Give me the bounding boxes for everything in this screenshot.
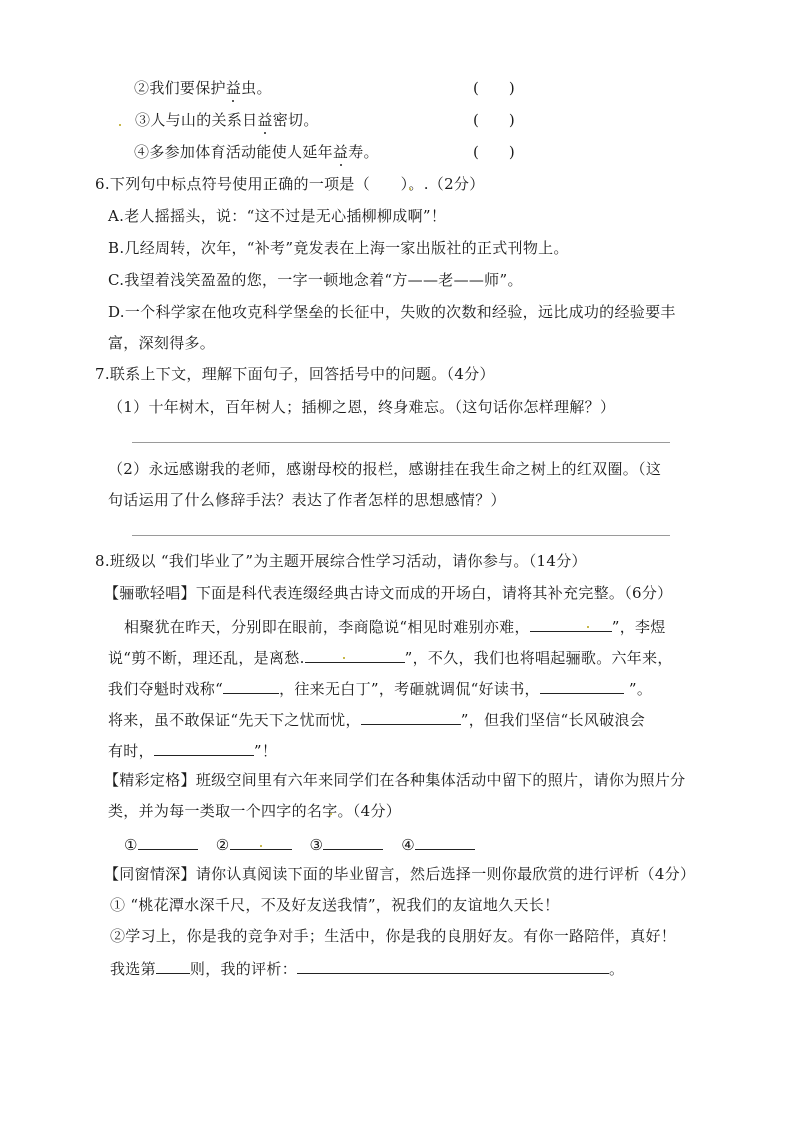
q7-sub1: （1）十年树木，百年树人；插柳之恩，终身难忘。（这句话你怎样理解？） bbox=[108, 397, 615, 417]
item-text: 我们要保护 bbox=[149, 79, 226, 97]
item-number: ③ bbox=[135, 111, 150, 129]
fill-blank[interactable] bbox=[323, 833, 383, 850]
emphasized-char: 益 bbox=[333, 142, 348, 162]
q8-para-line5: 有时，”！ bbox=[108, 739, 277, 761]
fill-blank[interactable] bbox=[223, 677, 279, 694]
comment-blank[interactable] bbox=[297, 957, 609, 974]
blank-number: ③ bbox=[310, 836, 324, 854]
emphasized-char: 益 bbox=[226, 78, 241, 98]
q7-sub2: （2）永远感谢我的老师，感谢母校的报栏，感谢挂在我生命之树上的红双圈。（这 bbox=[108, 459, 661, 479]
q7-stem: 7.联系上下文，理解下面句子，回答括号中的问题。（4分） bbox=[95, 364, 495, 384]
answer-paren[interactable]: ( ) bbox=[473, 110, 515, 130]
q6-option-c: C.我望着浅笑盈盈的您，一字一顿地念着“方——老——师”。 bbox=[108, 270, 523, 290]
item-number: ② bbox=[134, 79, 149, 97]
q5-item-4: ④多参加体育活动能使人延年益寿。 bbox=[134, 142, 379, 162]
stray-mark bbox=[119, 124, 121, 126]
text: 相聚犹在昨天，分别即在眼前，李商隐说“相见时难别亦难， bbox=[124, 618, 530, 636]
q8-para-line3: 我们夺魁时戏称“，往来无白丁”，考砸就调侃“好读书， ”。 bbox=[108, 677, 652, 699]
fill-blank[interactable] bbox=[154, 739, 254, 756]
q5-item-2: ②我们要保护益虫。 bbox=[134, 78, 272, 98]
item-text: 虫。 bbox=[241, 79, 272, 97]
q5-item-3: ③人与山的关系日益密切。 bbox=[135, 110, 319, 130]
stray-mark bbox=[409, 188, 411, 190]
emphasized-char: 益 bbox=[257, 110, 272, 130]
text: ”，李煜 bbox=[612, 618, 666, 636]
answer-paren[interactable]: ( ) bbox=[473, 142, 515, 162]
item-text: 多参加体育活动能使人延年 bbox=[149, 143, 333, 161]
q8-part2-blanks: ①②③④ bbox=[124, 833, 475, 855]
q6-stem: 6.下列句中标点符号使用正确的一项是（ ）。.（2分） bbox=[95, 174, 485, 194]
q8-message-1: ① “桃花潭水深千尺，不及好友送我情”，祝我们的友谊地久天长！ bbox=[110, 895, 559, 915]
text: ”，不久，我们也将唱起骊歌。六年来， bbox=[405, 649, 673, 667]
stray-mark bbox=[587, 626, 589, 628]
fill-blank[interactable] bbox=[138, 833, 198, 850]
section-desc: 班级空间里有六年来同学们在各种集体活动中留下的照片，请你为照片分 bbox=[196, 771, 686, 789]
blank-number: ④ bbox=[401, 836, 415, 854]
text: 有时， bbox=[108, 742, 154, 760]
item-text: 密切。 bbox=[273, 111, 319, 129]
text: 将来，虽不敢保证“先天下之忧而忧， bbox=[108, 711, 361, 729]
fill-blank[interactable] bbox=[540, 677, 624, 694]
item-text: 寿。 bbox=[348, 143, 379, 161]
q8-part1: 【骊歌轻唱】下面是科代表连缀经典古诗文而成的开场白，请将其补充完整。（6分） bbox=[104, 583, 672, 603]
fill-blank[interactable] bbox=[530, 615, 612, 632]
q8-para-line2: 说“剪不断，理还乱，是离愁.”，不久，我们也将唱起骊歌。六年来， bbox=[108, 646, 673, 668]
q8-para-line4: 将来，虽不敢保证“先天下之忧而忧，”，但我们坚信“长风破浪会 bbox=[108, 708, 645, 730]
item-number: ④ bbox=[134, 143, 149, 161]
text: 说“剪不断，理还乱，是离愁. bbox=[108, 649, 305, 667]
q8-stem: 8.班级以 “我们毕业了”为主题开展综合性学习活动，请你参与。（14分） bbox=[95, 551, 587, 571]
q6-option-b: B.几经周转，次年，“补考”竟发表在上海一家出版社的正式刊物上。 bbox=[108, 238, 569, 258]
section-title: 【精彩定格】 bbox=[104, 771, 196, 789]
text: ”。 bbox=[624, 680, 652, 698]
answer-paren[interactable]: ( ) bbox=[473, 78, 515, 98]
text: 则，我的评析： bbox=[190, 960, 297, 978]
q8-part3: 【同窗情深】请你认真阅读下面的毕业留言，然后选择一则你最欣赏的进行评析（4分） bbox=[104, 864, 695, 884]
choice-blank[interactable] bbox=[156, 957, 190, 974]
stray-mark bbox=[260, 845, 262, 847]
item-text: 人与山的关系日 bbox=[150, 111, 257, 129]
stray-mark bbox=[330, 813, 332, 815]
fill-blank[interactable] bbox=[230, 833, 292, 850]
section-title: 【同窗情深】 bbox=[104, 865, 196, 883]
text: 。 bbox=[609, 960, 624, 978]
section-title: 【骊歌轻唱】 bbox=[104, 584, 196, 602]
text: 我们夺魁时戏称“ bbox=[108, 680, 223, 698]
text: ”！ bbox=[254, 742, 277, 760]
fill-blank[interactable] bbox=[305, 646, 405, 663]
answer-line[interactable] bbox=[132, 442, 670, 443]
text: ，往来无白丁”，考砸就调侃“好读书， bbox=[279, 680, 540, 698]
blank-number: ② bbox=[216, 836, 230, 854]
q6-option-d-cont: 富，深刻得多。 bbox=[108, 333, 215, 353]
fill-blank[interactable] bbox=[415, 833, 475, 850]
section-desc: 下面是科代表连缀经典古诗文而成的开场白，请将其补充完整。（6分） bbox=[196, 584, 673, 602]
fill-blank[interactable] bbox=[361, 708, 461, 725]
q8-part2-cont: 类，并为每一类取一个四字的名字。（4分） bbox=[108, 801, 401, 821]
answer-line[interactable] bbox=[132, 535, 670, 536]
q6-option-d: D.一个科学家在他攻克科学堡垒的长征中，失败的次数和经验，远比成功的经验要丰 bbox=[108, 302, 676, 322]
stray-mark bbox=[343, 657, 345, 659]
q8-para-line1: 相聚犹在昨天，分别即在眼前，李商隐说“相见时难别亦难，”，李煜 bbox=[124, 615, 666, 637]
text: ”，但我们坚信“长风破浪会 bbox=[461, 711, 645, 729]
q8-choose-line: 我选第则，我的评析：。 bbox=[110, 957, 624, 979]
blank-number: ① bbox=[124, 836, 138, 854]
q8-part2: 【精彩定格】班级空间里有六年来同学们在各种集体活动中留下的照片，请你为照片分 bbox=[104, 770, 685, 790]
q8-message-2: ②学习上，你是我的竞争对手；生活中，你是我的良朋好友。有你一路陪伴，真好！ bbox=[110, 926, 676, 946]
q6-option-a: A.老人摇摇头，说：“这不过是无心插柳柳成啊”！ bbox=[108, 206, 446, 226]
section-desc: 请你认真阅读下面的毕业留言，然后选择一则你最欣赏的进行评析（4分） bbox=[196, 865, 695, 883]
text: 我选第 bbox=[110, 960, 156, 978]
q7-sub2-cont: 句话运用了什么修辞手法？表达了作者怎样的思想感情？） bbox=[108, 490, 506, 510]
